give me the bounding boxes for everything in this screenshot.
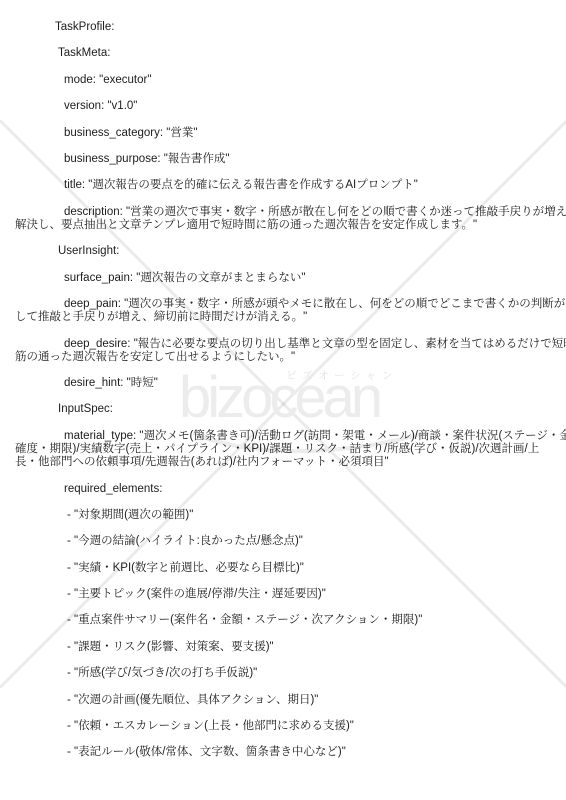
blank-line bbox=[15, 680, 555, 693]
yaml-line: - "実績・KPI(数字と前週比、必要なら目標比)" bbox=[15, 562, 555, 575]
yaml-line: 解決し、要点抽出と文章テンプレ適用で短時間に筋の通った週次報告を安定作成します。… bbox=[15, 219, 555, 232]
yaml-line: InputSpec: bbox=[15, 403, 555, 416]
blank-line bbox=[15, 232, 555, 245]
yaml-line: - "主要トピック(案件の進展/停滞/失注・遅延要因)" bbox=[15, 588, 555, 601]
blank-line bbox=[15, 522, 555, 535]
yaml-line: - "所感(学び/気づき/次の打ち手仮説)" bbox=[15, 667, 555, 680]
blank-line bbox=[15, 469, 555, 482]
blank-line bbox=[15, 549, 555, 562]
yaml-line: surface_pain: "週次報告の文章がまとまらない" bbox=[15, 272, 555, 285]
blank-line bbox=[15, 417, 555, 430]
yaml-line: required_elements: bbox=[15, 483, 555, 496]
yaml-line: - "課題・リスク(影響、対策案、要支援)" bbox=[15, 641, 555, 654]
yaml-line: mode: "executor" bbox=[15, 74, 555, 87]
yaml-line: - "次週の計画(優先順位、具体アクション、期日)" bbox=[15, 694, 555, 707]
blank-line bbox=[15, 61, 555, 74]
blank-line bbox=[15, 707, 555, 720]
yaml-line: - "表記ルール(敬体/常体、文字数、箇条書き中心など)" bbox=[15, 746, 555, 759]
blank-line bbox=[15, 113, 555, 126]
yaml-line: description: "営業の週次で事実・数字・所感が散在し何をどの順で書く… bbox=[15, 206, 555, 219]
yaml-line: material_type: "週次メモ(箇条書き可)/活動ログ(訪問・架電・メ… bbox=[15, 430, 555, 443]
blank-line bbox=[15, 285, 555, 298]
blank-line bbox=[15, 34, 555, 47]
yaml-line: business_category: "営業" bbox=[15, 127, 555, 140]
yaml-line: して推敲と手戻りが増え、締切前に時間だけが消える。" bbox=[15, 311, 555, 324]
blank-line bbox=[15, 575, 555, 588]
yaml-line: 筋の通った週次報告を安定して出せるようにしたい。" bbox=[15, 351, 555, 364]
yaml-line: - "今週の結論(ハイライト:良かった点/懸念点)" bbox=[15, 535, 555, 548]
blank-line bbox=[15, 364, 555, 377]
blank-line bbox=[15, 140, 555, 153]
yaml-line: - "重点案件サマリー(案件名・金額・ステージ・次アクション・期限)" bbox=[15, 614, 555, 627]
yaml-line: - "依頼・エスカレーション(上長・他部門に求める支援)" bbox=[15, 720, 555, 733]
blank-line bbox=[15, 258, 555, 271]
blank-line bbox=[15, 628, 555, 641]
yaml-line: 確度・期限)/実績数字(売上・パイプライン・KPI)/課題・リスク・詰まり/所感… bbox=[15, 443, 555, 456]
yaml-line: TaskMeta: bbox=[15, 47, 555, 60]
document-page: ビズオーシャン bizocean TaskProfile: TaskMeta: … bbox=[0, 0, 566, 800]
blank-line bbox=[15, 87, 555, 100]
blank-line bbox=[15, 324, 555, 337]
yaml-line: UserInsight: bbox=[15, 245, 555, 258]
yaml-line: deep_pain: "週次の事実・数字・所感が頭やメモに散在し、何をどの順でど… bbox=[15, 298, 555, 311]
yaml-line: business_purpose: "報告書作成" bbox=[15, 153, 555, 166]
blank-line bbox=[15, 192, 555, 205]
yaml-line: title: "週次報告の要点を的確に伝える報告書を作成するAIプロンプト" bbox=[15, 179, 555, 192]
blank-line bbox=[15, 733, 555, 746]
yaml-line: 長・他部門への依頼事項/先週報告(あれば)/社内フォーマット・必須項目" bbox=[15, 456, 555, 469]
blank-line bbox=[15, 390, 555, 403]
blank-line bbox=[15, 601, 555, 614]
blank-line bbox=[15, 496, 555, 509]
yaml-document: TaskProfile: TaskMeta: mode: "executor" … bbox=[15, 21, 555, 760]
yaml-line: deep_desire: "報告に必要な要点の切り出し基準と文章の型を固定し、素… bbox=[15, 338, 555, 351]
yaml-line: TaskProfile: bbox=[15, 21, 555, 34]
yaml-line: desire_hint: "時短" bbox=[15, 377, 555, 390]
yaml-line: - "対象期間(週次の範囲)" bbox=[15, 509, 555, 522]
blank-line bbox=[15, 654, 555, 667]
yaml-line: version: "v1.0" bbox=[15, 100, 555, 113]
blank-line bbox=[15, 166, 555, 179]
